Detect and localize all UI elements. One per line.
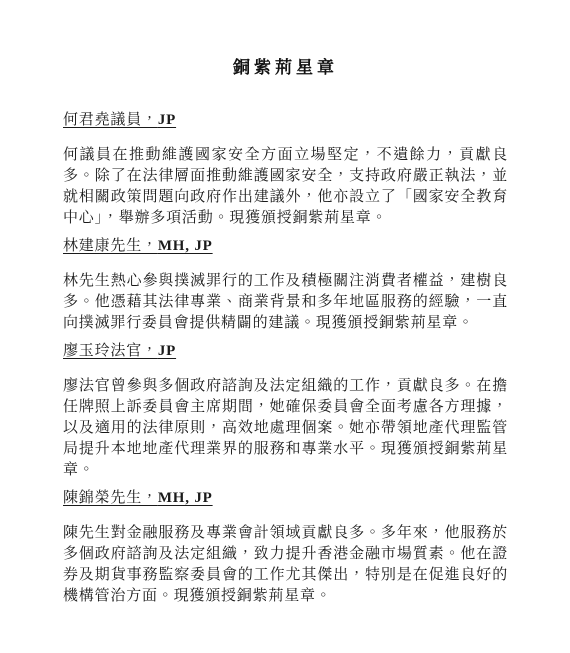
citation-line: 多。除了在法律層面推動維護國家安全，支持政府嚴正執法，並 (63, 166, 508, 187)
recipient-name: 廖玉玲法官，JP (63, 343, 176, 359)
citation-line: 向撲滅罪行委員會提供精闢的建議。現獲頒授銅紫荊星章。 (63, 313, 508, 334)
recipient-heading: 陳錦榮先生，MH, JP (63, 488, 508, 509)
document-page: 銅紫荊星章 何君堯議員，JP 何議員在推動維護國家安全方面立場堅定，不遺餘力，貢… (0, 0, 570, 653)
citation-line: 券及期貨事務監察委員會的工作尤其傑出，特別是在促進良好的 (63, 565, 508, 586)
post-nominals: JP (158, 112, 176, 128)
citation-line: 以及適用的法律原則，高效地處理個案。她亦帶領地產代理監管 (63, 418, 508, 439)
recipient-name: 何君堯議員，JP (63, 112, 176, 128)
post-nominals: MH, JP (158, 490, 213, 506)
citation-line: 就相關政策問題向政府作出建議外，他亦設立了「國家安全教育 (63, 187, 508, 208)
award-entry-1: 何君堯議員，JP 何議員在推動維護國家安全方面立場堅定，不遺餘力，貢獻良 多。除… (63, 110, 508, 229)
citation-line: 章。 (63, 460, 508, 481)
recipient-name-chinese: 何君堯議員， (63, 112, 158, 128)
recipient-name-chinese: 林建康先生， (63, 238, 158, 254)
recipient-heading: 廖玉玲法官，JP (63, 341, 508, 362)
citation-line: 廖法官曾參與多個政府諮詢及法定組織的工作，貢獻良多。在擔 (63, 376, 508, 397)
award-entry-4: 陳錦榮先生，MH, JP 陳先生對金融服務及專業會計領域貢獻良多。多年來，他服務… (63, 488, 508, 607)
award-entry-2: 林建康先生，MH, JP 林先生熱心參與撲滅罪行的工作及積極關注消費者權益，建樹… (63, 236, 508, 334)
document-title: 銅紫荊星章 (63, 56, 508, 80)
recipient-name-chinese: 廖玉玲法官， (63, 343, 158, 359)
citation-line: 何議員在推動維護國家安全方面立場堅定，不遺餘力，貢獻良 (63, 145, 508, 166)
recipient-heading: 林建康先生，MH, JP (63, 236, 508, 257)
citation-line: 陳先生對金融服務及專業會計領域貢獻良多。多年來，他服務於 (63, 523, 508, 544)
citation-line: 任牌照上訴委員會主席期間，她確保委員會全面考慮各方理據， (63, 397, 508, 418)
citation-line: 多。他憑藉其法律專業、商業背景和多年地區服務的經驗，一直 (63, 292, 508, 313)
citation-paragraph: 林先生熱心參與撲滅罪行的工作及積極關注消費者權益，建樹良 多。他憑藉其法律專業、… (63, 271, 508, 334)
recipient-name: 林建康先生，MH, JP (63, 238, 213, 254)
citation-line: 中心」，舉辦多項活動。現獲頒授銅紫荊星章。 (63, 208, 508, 229)
award-entry-3: 廖玉玲法官，JP 廖法官曾參與多個政府諮詢及法定組織的工作，貢獻良多。在擔 任牌… (63, 341, 508, 481)
citation-line: 多個政府諮詢及法定組織，致力提升香港金融市場質素。他在證 (63, 544, 508, 565)
recipient-heading: 何君堯議員，JP (63, 110, 508, 131)
citation-line: 林先生熱心參與撲滅罪行的工作及積極關注消費者權益，建樹良 (63, 271, 508, 292)
recipient-name: 陳錦榮先生，MH, JP (63, 490, 213, 506)
post-nominals: MH, JP (158, 238, 213, 254)
citation-line: 機構管治方面。現獲頒授銅紫荊星章。 (63, 586, 508, 607)
post-nominals: JP (158, 343, 176, 359)
recipient-name-chinese: 陳錦榮先生， (63, 490, 158, 506)
citation-paragraph: 陳先生對金融服務及專業會計領域貢獻良多。多年來，他服務於 多個政府諮詢及法定組織… (63, 523, 508, 607)
citation-paragraph: 何議員在推動維護國家安全方面立場堅定，不遺餘力，貢獻良 多。除了在法律層面推動維… (63, 145, 508, 229)
citation-line: 局提升本地地產代理業界的服務和專業水平。現獲頒授銅紫荊星 (63, 439, 508, 460)
citation-paragraph: 廖法官曾參與多個政府諮詢及法定組織的工作，貢獻良多。在擔 任牌照上訴委員會主席期… (63, 376, 508, 481)
